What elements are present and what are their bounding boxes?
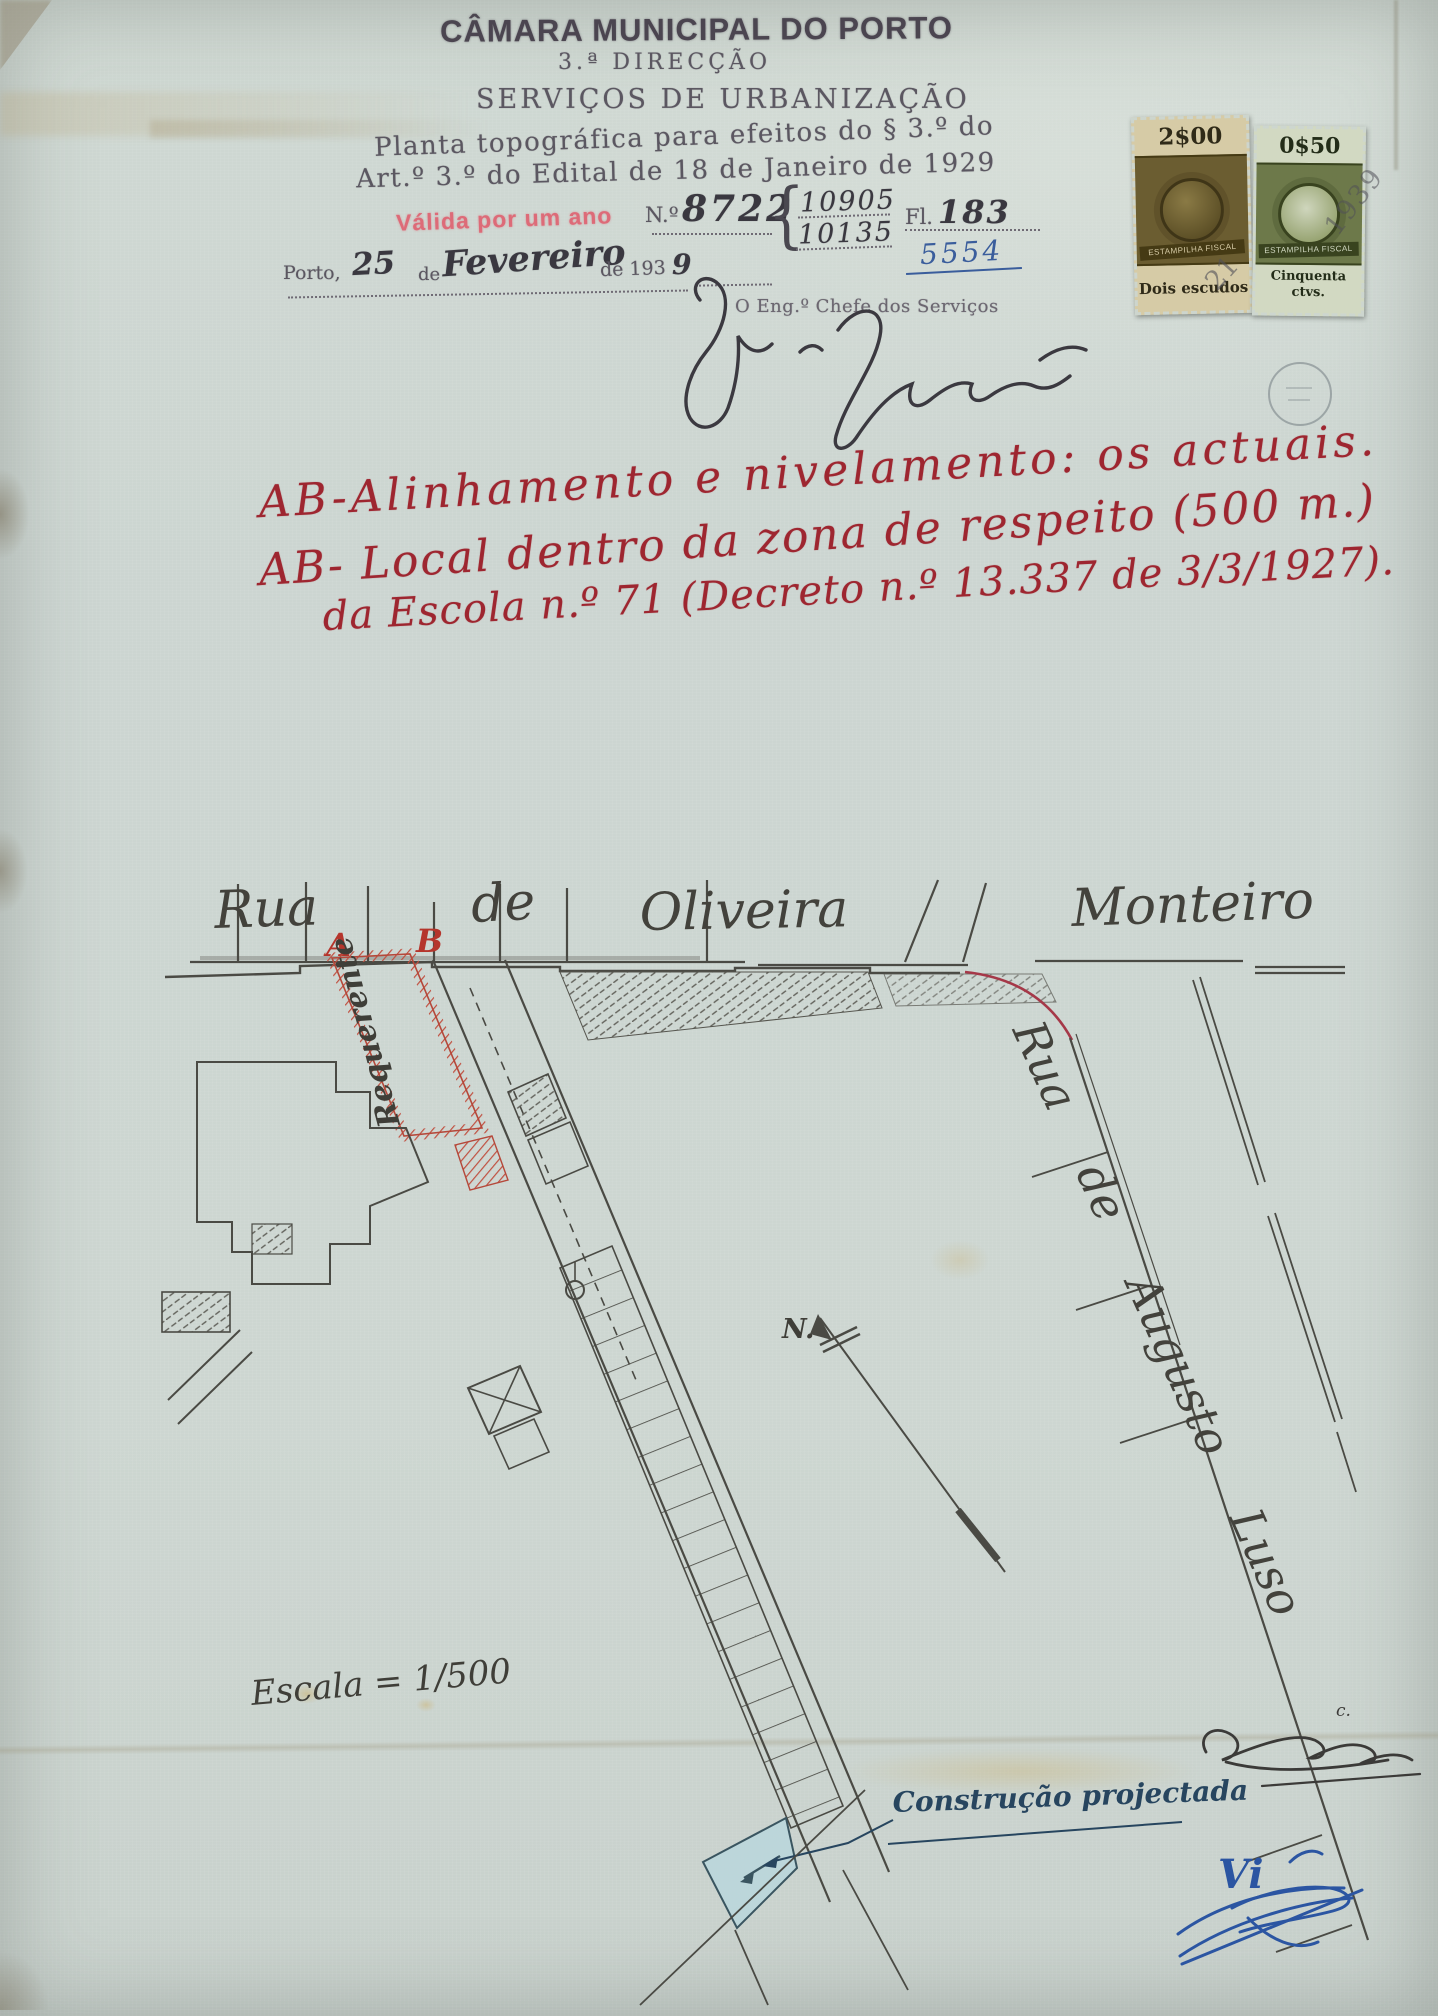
- circular-mark: [1269, 363, 1331, 425]
- street-word: Oliveira: [639, 879, 849, 943]
- paper-stain: [292, 1684, 322, 1704]
- applicant-plot: Requerente: [323, 933, 508, 1190]
- scale-label: Escala = 1/500: [248, 1651, 512, 1714]
- blue-ref-number: 5554: [919, 234, 1004, 271]
- stamp-emblem-wreath: [1159, 177, 1224, 242]
- paper-stain: [0, 92, 470, 136]
- street-word: de: [470, 872, 537, 935]
- de-label: de: [418, 264, 440, 285]
- north-boundary-line: [190, 880, 1345, 973]
- folio-label: Fl.: [905, 205, 933, 229]
- paper-stain: [0, 1950, 50, 2010]
- red-corner-curve: [965, 972, 1072, 1040]
- stamp-denomination: Cinquenta ctvs.: [1255, 264, 1361, 313]
- visto-signature: Vi: [1178, 1851, 1362, 1964]
- year-digit: 9: [672, 248, 691, 281]
- west-building: [162, 1062, 428, 1424]
- point-a-label: A: [323, 926, 351, 964]
- validity-stamp: Válida por um ano: [396, 202, 613, 237]
- dotted-leader: [652, 232, 772, 235]
- number-label: N.º: [645, 203, 679, 227]
- direction-title: 3.ª DIRECÇÃO: [558, 50, 771, 75]
- paper-stain: [930, 1240, 990, 1280]
- year-prefix: de 193: [600, 257, 666, 281]
- dotted-leader: [905, 228, 1040, 231]
- surveyor-mark: c.: [1336, 1701, 1351, 1721]
- dotted-leader: [696, 282, 772, 286]
- day-number: 25: [351, 245, 396, 283]
- paper-stain: [840, 1748, 1200, 1794]
- city-label: Porto,: [283, 262, 341, 284]
- surveyor-signature: [1203, 1730, 1420, 1786]
- street-verge-hatch: [560, 972, 882, 1040]
- dotted-leader: [288, 289, 688, 299]
- stamp-value: 2$00: [1134, 118, 1247, 156]
- stamp-value: 0$50: [1257, 128, 1363, 163]
- point-b-label: B: [415, 922, 443, 960]
- bottom-boundary-lines: [640, 1790, 908, 2005]
- street-word: Rua: [212, 877, 319, 941]
- north-arrow: N.: [781, 1314, 1005, 1572]
- paper-stain: [416, 1698, 436, 1712]
- fiscal-stamp-2-escudos: 2$00 ESTAMPILHA FISCAL Dois escudos: [1131, 115, 1253, 315]
- visto-label: Vi: [1218, 1851, 1264, 1898]
- street-label-oliveira-monteiro: Rua de Oliveira Monteiro: [212, 871, 1314, 943]
- paper-crease: [1394, 0, 1398, 170]
- signature-title: O Eng.º Chefe dos Serviços: [735, 296, 999, 317]
- paper-stain: [0, 468, 30, 560]
- paper-stain: [0, 828, 28, 914]
- south-building-line: [165, 962, 960, 977]
- scanned-document-page: CÂMARA MUNICIPAL DO PORTO 3.ª DIRECÇÃO S…: [0, 0, 1438, 2016]
- north-label: N.: [781, 1314, 814, 1345]
- augusto-luso-west-side: [1032, 1034, 1368, 1952]
- street-word: Monteiro: [1069, 871, 1314, 939]
- paper-crease: [0, 1730, 1438, 1755]
- plot-label: Requerente: [323, 933, 408, 1132]
- org-title: CÂMARA MUNICIPAL DO PORTO: [440, 10, 960, 50]
- projected-construction: Construção projectada: [703, 1774, 1249, 1928]
- folio-number: 183: [938, 193, 1011, 231]
- stamp-band-text: ESTAMPILHA FISCAL: [1259, 242, 1359, 258]
- projected-label: Construção projectada: [892, 1774, 1248, 1819]
- chief-engineer-signature: [800, 311, 1086, 448]
- paper-tear: [0, 0, 52, 70]
- annex-details: [468, 1074, 588, 1469]
- street-label-augusto-luso: Rua de Augusto Luso: [1002, 1012, 1314, 1624]
- street-verge-hatch: [884, 974, 1056, 1006]
- strip-building: [433, 960, 895, 1902]
- services-title: SERVIÇOS DE URBANIZAÇÃO: [476, 84, 970, 115]
- augusto-luso-east-side: [1193, 977, 1356, 1492]
